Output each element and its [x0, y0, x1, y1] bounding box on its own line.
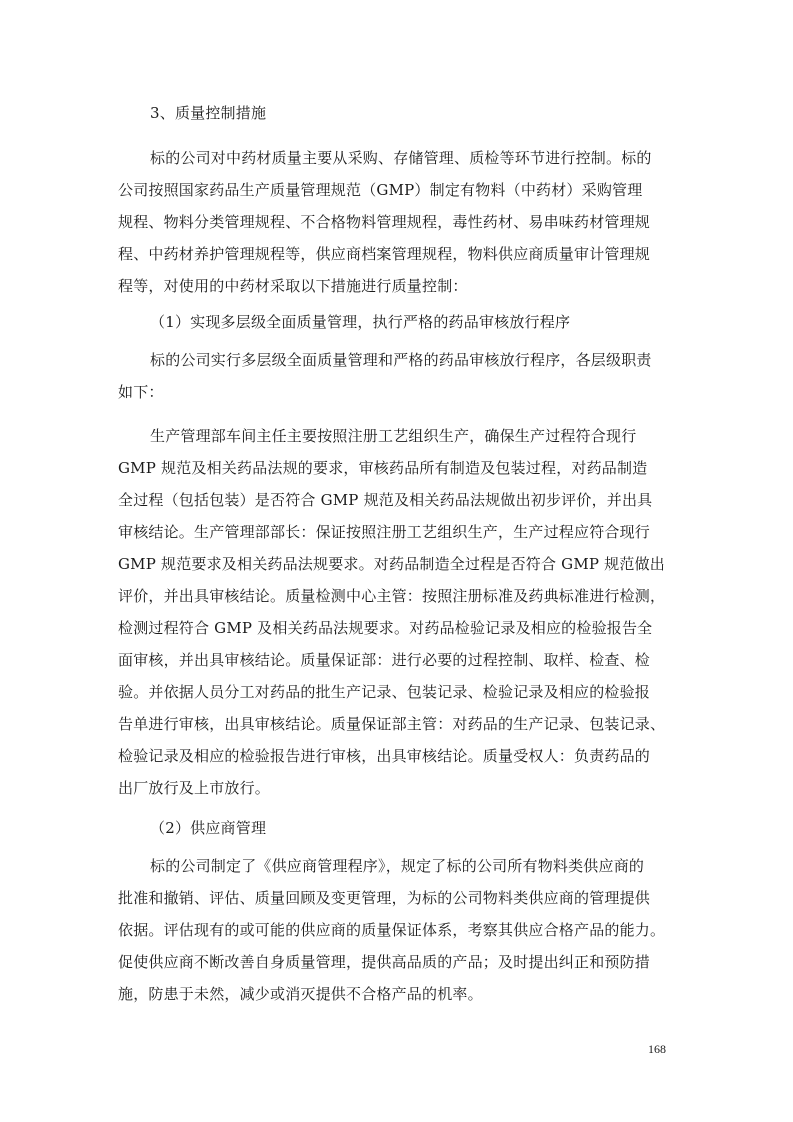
text-line: GMP 规范及相关药品法规的要求，审核药品所有制造及包装过程，对药品制造: [118, 458, 678, 478]
text-line: 施，防患于未然，减少或消灭提供不合格产品的机率。: [118, 984, 678, 1004]
page-number: 168: [648, 1042, 666, 1057]
text-line: 审核结论。生产管理部部长：保证按照注册工艺组织生产，生产过程应符合现行: [118, 522, 678, 542]
subheading-2: （2）供应商管理: [150, 818, 710, 838]
text-line: 面审核，并出具审核结论。质量保证部：进行必要的过程控制、取样、检查、检: [118, 650, 678, 670]
subheading-1: （1）实现多层级全面质量管理，执行严格的药品审核放行程序: [150, 312, 710, 332]
text-line: 程、中药材养护管理规程等，供应商档案管理规程，物料供应商质量审计管理规: [118, 244, 678, 264]
text-line: 规程、物料分类管理规程、不合格物料管理规程，毒性药材、易串味药材管理规: [118, 212, 678, 232]
text-line: 生产管理部车间主任主要按照注册工艺组织生产，确保生产过程符合现行: [150, 426, 710, 446]
text-line: 程等，对使用的中药材采取以下措施进行质量控制：: [118, 276, 678, 296]
text-line: 评价，并出具审核结论。质量检测中心主管：按照注册标准及药典标准进行检测，: [118, 586, 678, 606]
text-line: 公司按照国家药品生产质量管理规范（GMP）制定有物料（中药材）采购管理: [118, 180, 678, 200]
text-line: 标的公司制定了《供应商管理程序》，规定了标的公司所有物料类供应商的: [150, 856, 710, 876]
text-line: 标的公司对中药材质量主要从采购、存储管理、质检等环节进行控制。标的: [150, 148, 710, 168]
text-line: 如下：: [118, 382, 678, 402]
text-line: 检测过程符合 GMP 及相关药品法规要求。对药品检验记录及相应的检验报告全: [118, 618, 678, 638]
section-heading: 3、质量控制措施: [150, 103, 710, 123]
text-line: 批准和撤销、评估、质量回顾及变更管理，为标的公司物料类供应商的管理提供: [118, 888, 678, 908]
text-line: 全过程（包括包装）是否符合 GMP 规范及相关药品法规做出初步评价，并出具: [118, 490, 678, 510]
text-line: 标的公司实行多层级全面质量管理和严格的药品审核放行程序，各层级职责: [150, 350, 710, 370]
text-line: 告单进行审核，出具审核结论。质量保证部主管：对药品的生产记录、包装记录、: [118, 714, 678, 734]
document-page: 3、质量控制措施 标的公司对中药材质量主要从采购、存储管理、质检等环节进行控制。…: [0, 0, 793, 1122]
text-line: 出厂放行及上市放行。: [118, 778, 678, 798]
text-line: 检验记录及相应的检验报告进行审核，出具审核结论。质量受权人：负责药品的: [118, 746, 678, 766]
text-line: GMP 规范要求及相关药品法规要求。对药品制造全过程是否符合 GMP 规范做出: [118, 554, 678, 574]
text-line: 促使供应商不断改善自身质量管理，提供高品质的产品；及时提出纠正和预防措: [118, 952, 678, 972]
text-line: 依据。评估现有的或可能的供应商的质量保证体系，考察其供应合格产品的能力。: [118, 920, 678, 940]
text-line: 验。并依据人员分工对药品的批生产记录、包装记录、检验记录及相应的检验报: [118, 682, 678, 702]
